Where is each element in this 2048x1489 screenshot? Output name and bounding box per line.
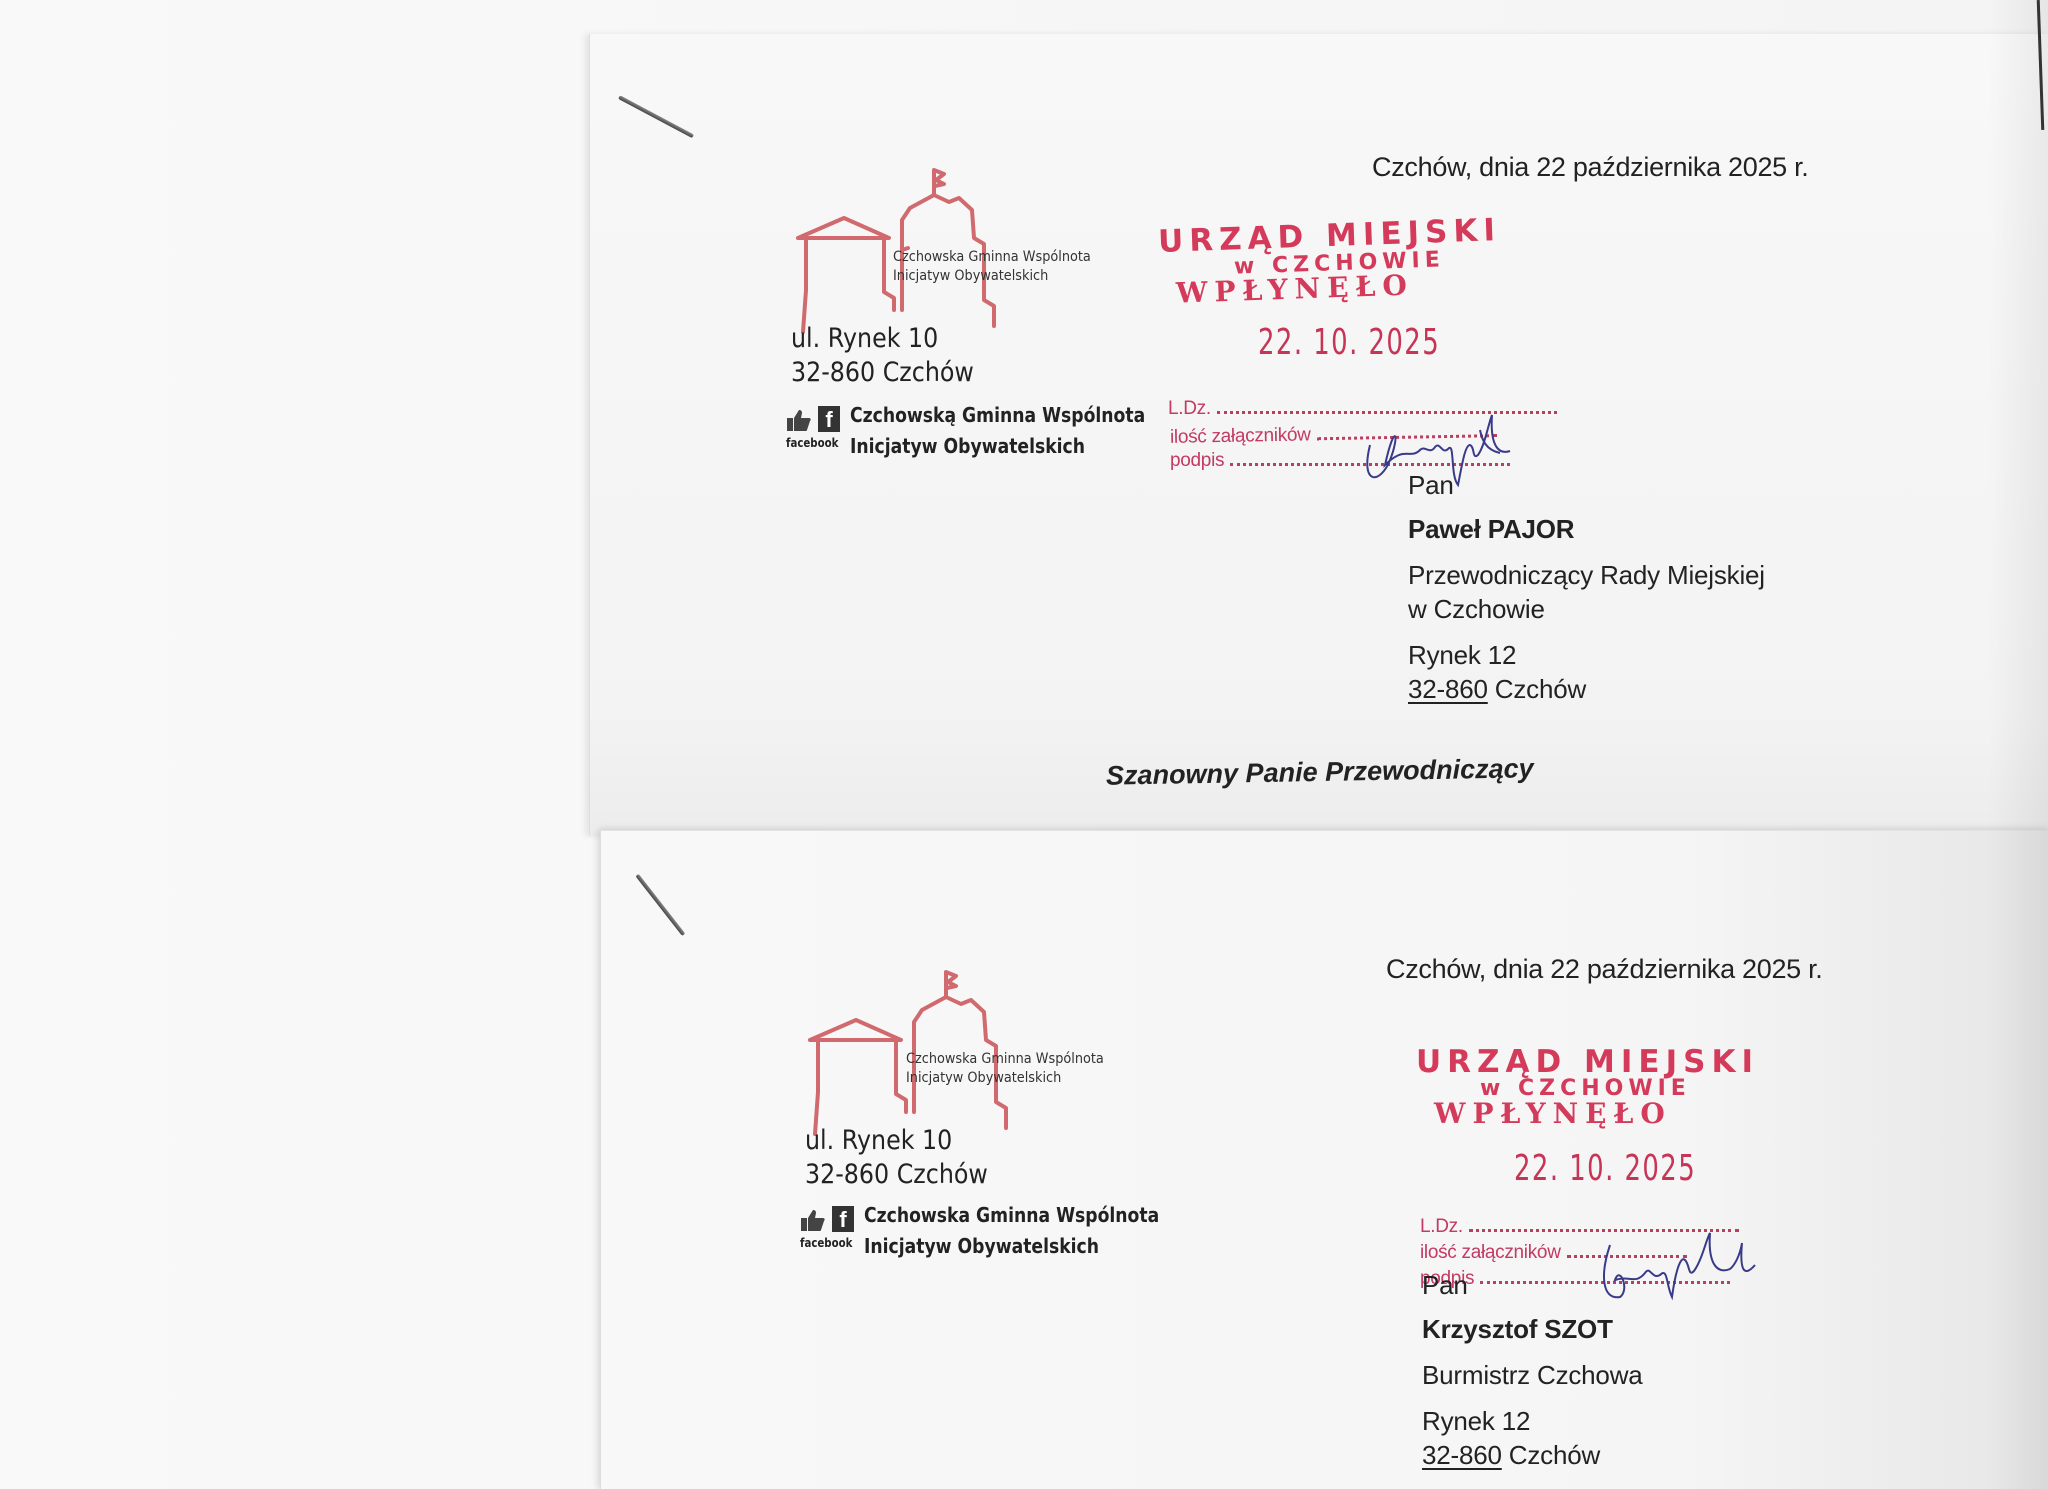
- stamp-date: 22. 10. 2025: [1514, 1148, 1696, 1189]
- thumbs-up-icon: [800, 1208, 826, 1232]
- recipient-postal-code: 32-860: [1422, 1440, 1502, 1470]
- recipient-title: Przewodniczący Rady Miejskiej: [1408, 558, 1765, 592]
- receipt-stamp: URZĄD MIEJSKI w CZCHOWIE WPŁYNĘŁO: [1158, 218, 1501, 304]
- field-label: ilość załączników: [1420, 1242, 1561, 1263]
- facebook-icon: f: [818, 406, 840, 432]
- recipient-street: Rynek 12: [1408, 638, 1765, 672]
- sender-city: 32-860 Czchów: [805, 1158, 988, 1192]
- stamp-received: WPŁYNĘŁO: [1434, 1097, 1759, 1130]
- recipient-postal-code: 32-860: [1408, 674, 1488, 704]
- field-label: ilość załączników: [1170, 424, 1311, 447]
- logo-caption: Czchowska Gminna Wspólnota Inicjatyw Oby…: [893, 248, 1091, 286]
- stamp-date: 22. 10. 2025: [1258, 322, 1440, 363]
- recipient-city: Czchów: [1509, 1440, 1600, 1470]
- field-label: podpis: [1170, 450, 1224, 471]
- scan-edge-shadow: [1988, 0, 2048, 1489]
- receipt-stamp: URZĄD MIEJSKI w CZCHOWIE WPŁYNĘŁO: [1416, 1044, 1759, 1130]
- sender-address: ul. Rynek 10 32-860 Czchów: [791, 322, 974, 390]
- recipient-street: Rynek 12: [1422, 1404, 1643, 1438]
- facebook-name-line: Czchowska Gminna Wspólnota: [864, 1200, 1159, 1231]
- recipient-prefix: Pan: [1408, 468, 1765, 502]
- recipient-block: Pan Paweł PAJOR Przewodniczący Rady Miej…: [1408, 468, 1765, 706]
- recipient-title: w Czchowie: [1408, 592, 1765, 626]
- facebook-name-line: Czchowską Gminna Wspólnota: [850, 400, 1145, 431]
- facebook-label: facebook: [800, 1236, 852, 1250]
- facebook-name-line: Inicjatyw Obywatelskich: [864, 1231, 1159, 1262]
- facebook-page-name: Czchowska Gminna Wspólnota Inicjatyw Oby…: [864, 1200, 1159, 1262]
- facebook-block: f facebook Czchowską Gminna Wspólnota In…: [786, 400, 1193, 462]
- facebook-page-name: Czchowską Gminna Wspólnota Inicjatyw Oby…: [850, 400, 1145, 462]
- logo-caption-line: Inicjatyw Obywatelskich: [893, 267, 1091, 286]
- recipient-name: Krzysztof SZOT: [1422, 1312, 1643, 1346]
- facebook-label: facebook: [786, 436, 838, 450]
- recipient-name: Paweł PAJOR: [1408, 512, 1765, 546]
- sender-address: ul. Rynek 10 32-860 Czchów: [805, 1124, 988, 1192]
- recipient-city: Czchów: [1495, 674, 1586, 704]
- recipient-title: Burmistrz Czchowa: [1422, 1358, 1643, 1392]
- facebook-name-line: Inicjatyw Obywatelskich: [850, 431, 1145, 462]
- logo-caption-line: Czchowska Gminna Wspólnota: [906, 1050, 1104, 1069]
- logo-caption-line: Inicjatyw Obywatelskich: [906, 1069, 1104, 1088]
- sender-street: ul. Rynek 10: [805, 1124, 988, 1158]
- stamp-received: WPŁYNĘŁO: [1176, 265, 1502, 309]
- letter-date: Czchów, dnia 22 października 2025 r.: [1386, 954, 1822, 985]
- field-label: L.Dz.: [1168, 398, 1211, 419]
- facebook-icon: f: [832, 1206, 854, 1232]
- recipient-prefix: Pan: [1422, 1268, 1643, 1302]
- stamp-office: URZĄD MIEJSKI: [1416, 1044, 1759, 1080]
- field-label: L.Dz.: [1420, 1216, 1463, 1237]
- sender-city: 32-860 Czchów: [791, 356, 974, 390]
- recipient-block: Pan Krzysztof SZOT Burmistrz Czchowa Ryn…: [1422, 1268, 1643, 1472]
- facebook-block: f facebook Czchowska Gminna Wspólnota In…: [800, 1200, 1207, 1262]
- letter-date: Czchów, dnia 22 października 2025 r.: [1372, 152, 1808, 183]
- logo-caption: Czchowska Gminna Wspólnota Inicjatyw Oby…: [906, 1050, 1104, 1088]
- thumbs-up-icon: [786, 408, 812, 432]
- logo-caption-line: Czchowska Gminna Wspólnota: [893, 248, 1091, 267]
- sender-street: ul. Rynek 10: [791, 322, 974, 356]
